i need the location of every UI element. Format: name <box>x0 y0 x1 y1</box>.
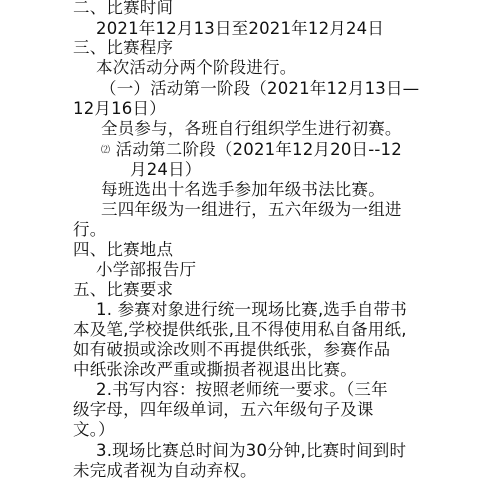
requirement-1-cont-3: 中纸张涂改严重或撕损者视退出比赛。 <box>73 360 357 380</box>
grouping-desc-cont: 行。 <box>73 220 106 240</box>
stage-two-title-cont: 月24日） <box>130 160 202 180</box>
stage-one-title: （一）活动第一阶段（2021年12月13日— <box>100 79 419 99</box>
location-value: 小学部报告厅 <box>96 260 196 280</box>
requirement-1-cont-2: 如有破损或涂改则不再提供纸张，参赛作品 <box>73 340 390 360</box>
section-heading-time: 二、比赛时间 <box>73 0 173 18</box>
competition-dates: 2021年12月13日至2021年12月24日 <box>96 19 384 39</box>
section-heading-requirements: 五、比赛要求 <box>73 280 173 300</box>
grouping-desc: 三四年级为一组进行，五六年级为一组进 <box>101 200 402 220</box>
stage-two-title: ⑵ 活动第二阶段（2021年12月20日--12 <box>101 140 402 161</box>
requirement-1-cont-1: 本及笔,学校提供纸张,且不得使用私自备用纸, <box>73 320 407 340</box>
requirement-3-cont: 未完成者视为自动弃权。 <box>73 461 257 480</box>
list-marker: ⑵ <box>101 146 110 156</box>
stage-one-desc: 全员参与，各班自行组织学生进行初赛。 <box>101 119 402 139</box>
stage-two-desc: 每班选出十名选手参加年级书法比赛。 <box>101 180 385 200</box>
section-heading-procedure: 三、比赛程序 <box>73 38 173 58</box>
requirement-2: 2.书写内容：按照老师统一要求。（三年 <box>96 380 388 400</box>
requirement-2-cont-1: 级字母，四年级单词，五六年级句子及课 <box>73 400 374 420</box>
requirement-1: 1. 参赛对象进行统一现场比赛,选手自带书 <box>96 300 407 320</box>
requirement-3: 3.现场比赛总时间为30分钟,比赛时间到时 <box>96 441 406 461</box>
section-heading-location: 四、比赛地点 <box>73 240 173 260</box>
procedure-intro: 本次活动分两个阶段进行。 <box>96 58 296 78</box>
requirement-2-cont-2: 文。） <box>73 420 115 440</box>
stage-two-title-text: 活动第二阶段（2021年12月20日--12 <box>116 140 402 159</box>
stage-one-title-cont: 12月16日） <box>73 99 166 119</box>
